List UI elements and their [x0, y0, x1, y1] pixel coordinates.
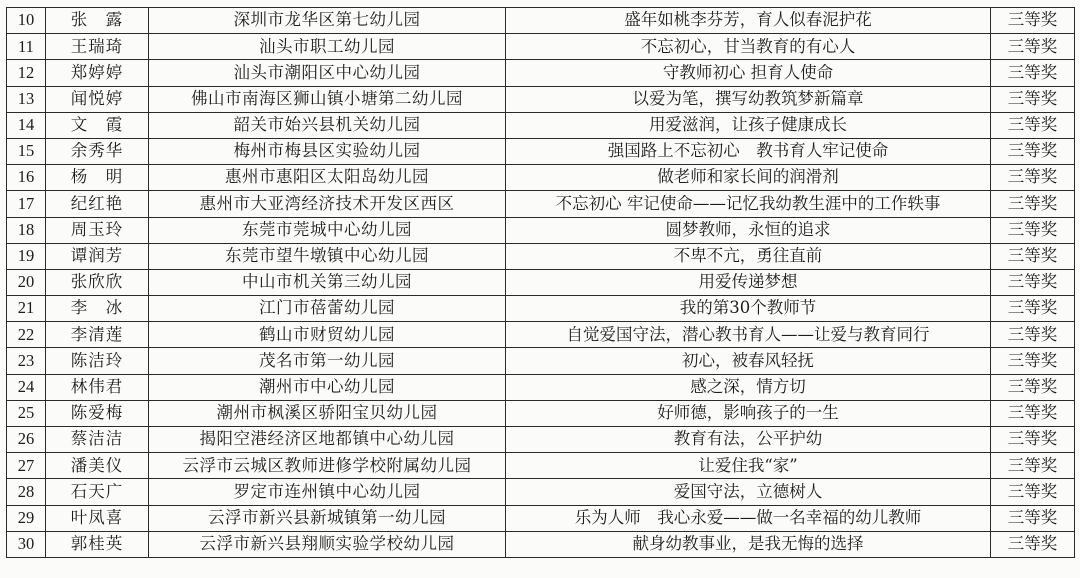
table-row: 21李 冰江门市蓓蕾幼儿园我的第30个教师节三等奖	[7, 296, 1075, 322]
award-level: 三等奖	[991, 112, 1075, 138]
kindergarten-unit: 韶关市始兴县机关幼儿园	[149, 112, 506, 138]
row-number: 25	[7, 400, 46, 426]
teacher-name: 郭桂英	[46, 531, 149, 557]
document-page: 10张 露深圳市龙华区第七幼儿园盛年如桃李芬芳，育人似春泥护花三等奖 11王瑞琦…	[6, 7, 1074, 558]
essay-title: 初心，被春风轻抚	[506, 348, 991, 374]
table-row: 28石天广罗定市连州镇中心幼儿园爱国守法，立德树人三等奖	[7, 479, 1075, 505]
teacher-name: 石天广	[46, 479, 149, 505]
row-number: 18	[7, 217, 46, 243]
teacher-name: 文 霞	[46, 112, 149, 138]
award-level: 三等奖	[991, 165, 1075, 191]
award-level: 三等奖	[991, 400, 1075, 426]
row-number: 16	[7, 165, 46, 191]
kindergarten-unit: 云浮市新兴县新城镇第一幼儿园	[149, 505, 506, 531]
row-number: 20	[7, 269, 46, 295]
kindergarten-unit: 佛山市南海区狮山镇小塘第二幼儿园	[149, 86, 506, 112]
award-level: 三等奖	[991, 243, 1075, 269]
row-number: 30	[7, 531, 46, 557]
essay-title: 自觉爱国守法，潜心教书育人——让爱与教育同行	[506, 322, 991, 348]
award-level: 三等奖	[991, 34, 1075, 60]
kindergarten-unit: 汕头市潮阳区中心幼儿园	[149, 60, 506, 86]
essay-title: 强国路上不忘初心 教书育人牢记使命	[506, 138, 991, 164]
table-row: 30郭桂英云浮市新兴县翔顺实验学校幼儿园献身幼教事业，是我无悔的选择三等奖	[7, 531, 1075, 557]
teacher-name: 郑婷婷	[46, 60, 149, 86]
award-level: 三等奖	[991, 60, 1075, 86]
table-row: 25陈爱梅潮州市枫溪区骄阳宝贝幼儿园好师德，影响孩子的一生三等奖	[7, 400, 1075, 426]
row-number: 29	[7, 505, 46, 531]
award-level: 三等奖	[991, 348, 1075, 374]
kindergarten-unit: 中山市机关第三幼儿园	[149, 269, 506, 295]
award-level: 三等奖	[991, 217, 1075, 243]
kindergarten-unit: 梅州市梅县区实验幼儿园	[149, 138, 506, 164]
teacher-name: 李清莲	[46, 322, 149, 348]
row-number: 10	[7, 8, 46, 34]
kindergarten-unit: 茂名市第一幼儿园	[149, 348, 506, 374]
teacher-name: 杨 明	[46, 165, 149, 191]
row-number: 19	[7, 243, 46, 269]
kindergarten-unit: 罗定市连州镇中心幼儿园	[149, 479, 506, 505]
row-number: 12	[7, 60, 46, 86]
row-number: 24	[7, 374, 46, 400]
kindergarten-unit: 江门市蓓蕾幼儿园	[149, 296, 506, 322]
table-row: 18周玉玲东莞市莞城中心幼儿园圆梦教师，永恒的追求三等奖	[7, 217, 1075, 243]
essay-title: 用爱滋润，让孩子健康成长	[506, 112, 991, 138]
essay-title: 爱国守法，立德树人	[506, 479, 991, 505]
teacher-name: 王瑞琦	[46, 34, 149, 60]
kindergarten-unit: 东莞市望牛墩镇中心幼儿园	[149, 243, 506, 269]
table-row: 11王瑞琦汕头市职工幼儿园不忘初心，甘当教育的有心人三等奖	[7, 34, 1075, 60]
kindergarten-unit: 惠州市惠阳区太阳岛幼儿园	[149, 165, 506, 191]
row-number: 21	[7, 296, 46, 322]
teacher-name: 谭润芳	[46, 243, 149, 269]
table-row: 12郑婷婷汕头市潮阳区中心幼儿园守教师初心 担育人使命三等奖	[7, 60, 1075, 86]
table-row: 26蔡洁洁揭阳空港经济区地都镇中心幼儿园教育有法，公平护幼三等奖	[7, 427, 1075, 453]
row-number: 13	[7, 86, 46, 112]
kindergarten-unit: 惠州市大亚湾经济技术开发区西区	[149, 191, 506, 217]
teacher-name: 周玉玲	[46, 217, 149, 243]
table-row: 20张欣欣中山市机关第三幼儿园用爱传递梦想三等奖	[7, 269, 1075, 295]
award-level: 三等奖	[991, 269, 1075, 295]
table-row: 27潘美仪云浮市云城区教师进修学校附属幼儿园让爱住我“家”三等奖	[7, 453, 1075, 479]
table-row: 16杨 明惠州市惠阳区太阳岛幼儿园做老师和家长间的润滑剂三等奖	[7, 165, 1075, 191]
award-level: 三等奖	[991, 296, 1075, 322]
kindergarten-unit: 云浮市云城区教师进修学校附属幼儿园	[149, 453, 506, 479]
essay-title: 让爱住我“家”	[506, 453, 991, 479]
kindergarten-unit: 潮州市中心幼儿园	[149, 374, 506, 400]
kindergarten-unit: 鹤山市财贸幼儿园	[149, 322, 506, 348]
award-level: 三等奖	[991, 531, 1075, 557]
teacher-name: 张 露	[46, 8, 149, 34]
kindergarten-unit: 揭阳空港经济区地都镇中心幼儿园	[149, 427, 506, 453]
table-row: 19谭润芳东莞市望牛墩镇中心幼儿园不卑不亢，勇往直前三等奖	[7, 243, 1075, 269]
row-number: 14	[7, 112, 46, 138]
award-level: 三等奖	[991, 322, 1075, 348]
essay-title: 好师德，影响孩子的一生	[506, 400, 991, 426]
teacher-name: 李 冰	[46, 296, 149, 322]
table-row: 24林伟君潮州市中心幼儿园感之深，情方切三等奖	[7, 374, 1075, 400]
table-row: 17纪红艳惠州市大亚湾经济技术开发区西区不忘初心 牢记使命——记忆我幼教生涯中的…	[7, 191, 1075, 217]
kindergarten-unit: 东莞市莞城中心幼儿园	[149, 217, 506, 243]
award-level: 三等奖	[991, 479, 1075, 505]
essay-title: 做老师和家长间的润滑剂	[506, 165, 991, 191]
essay-title: 不卑不亢，勇往直前	[506, 243, 991, 269]
teacher-name: 纪红艳	[46, 191, 149, 217]
essay-title: 乐为人师 我心永爱——做一名幸福的幼儿教师	[506, 505, 991, 531]
kindergarten-unit: 潮州市枫溪区骄阳宝贝幼儿园	[149, 400, 506, 426]
teacher-name: 余秀华	[46, 138, 149, 164]
row-number: 23	[7, 348, 46, 374]
row-number: 11	[7, 34, 46, 60]
row-number: 28	[7, 479, 46, 505]
table-row: 10张 露深圳市龙华区第七幼儿园盛年如桃李芬芳，育人似春泥护花三等奖	[7, 8, 1075, 34]
award-level: 三等奖	[991, 86, 1075, 112]
teacher-name: 陈爱梅	[46, 400, 149, 426]
award-level: 三等奖	[991, 505, 1075, 531]
teacher-name: 蔡洁洁	[46, 427, 149, 453]
teacher-name: 潘美仪	[46, 453, 149, 479]
essay-title: 献身幼教事业，是我无悔的选择	[506, 531, 991, 557]
teacher-name: 林伟君	[46, 374, 149, 400]
essay-title: 教育有法，公平护幼	[506, 427, 991, 453]
kindergarten-unit: 深圳市龙华区第七幼儿园	[149, 8, 506, 34]
kindergarten-unit: 汕头市职工幼儿园	[149, 34, 506, 60]
row-number: 26	[7, 427, 46, 453]
essay-title: 我的第30个教师节	[506, 296, 991, 322]
table-row: 22李清莲鹤山市财贸幼儿园自觉爱国守法，潜心教书育人——让爱与教育同行三等奖	[7, 322, 1075, 348]
teacher-name: 陈洁玲	[46, 348, 149, 374]
award-level: 三等奖	[991, 374, 1075, 400]
row-number: 17	[7, 191, 46, 217]
award-level: 三等奖	[991, 191, 1075, 217]
kindergarten-unit: 云浮市新兴县翔顺实验学校幼儿园	[149, 531, 506, 557]
award-level: 三等奖	[991, 427, 1075, 453]
row-number: 27	[7, 453, 46, 479]
table-row: 13闻悦婷佛山市南海区狮山镇小塘第二幼儿园以爱为笔，撰写幼教筑梦新篇章三等奖	[7, 86, 1075, 112]
essay-title: 以爱为笔，撰写幼教筑梦新篇章	[506, 86, 991, 112]
essay-title: 守教师初心 担育人使命	[506, 60, 991, 86]
award-table-body: 10张 露深圳市龙华区第七幼儿园盛年如桃李芬芳，育人似春泥护花三等奖 11王瑞琦…	[7, 8, 1075, 558]
table-row: 29叶凤喜云浮市新兴县新城镇第一幼儿园乐为人师 我心永爱——做一名幸福的幼儿教师…	[7, 505, 1075, 531]
essay-title: 盛年如桃李芬芳，育人似春泥护花	[506, 8, 991, 34]
essay-title: 圆梦教师，永恒的追求	[506, 217, 991, 243]
row-number: 22	[7, 322, 46, 348]
row-number: 15	[7, 138, 46, 164]
teacher-name: 叶凤喜	[46, 505, 149, 531]
award-results-table: 10张 露深圳市龙华区第七幼儿园盛年如桃李芬芳，育人似春泥护花三等奖 11王瑞琦…	[6, 7, 1075, 558]
award-level: 三等奖	[991, 8, 1075, 34]
award-level: 三等奖	[991, 453, 1075, 479]
teacher-name: 闻悦婷	[46, 86, 149, 112]
teacher-name: 张欣欣	[46, 269, 149, 295]
award-level: 三等奖	[991, 138, 1075, 164]
table-row: 14文 霞韶关市始兴县机关幼儿园用爱滋润，让孩子健康成长三等奖	[7, 112, 1075, 138]
table-row: 23陈洁玲茂名市第一幼儿园初心，被春风轻抚三等奖	[7, 348, 1075, 374]
essay-title: 感之深，情方切	[506, 374, 991, 400]
essay-title: 不忘初心，甘当教育的有心人	[506, 34, 991, 60]
essay-title: 不忘初心 牢记使命——记忆我幼教生涯中的工作轶事	[506, 191, 991, 217]
table-row: 15余秀华梅州市梅县区实验幼儿园强国路上不忘初心 教书育人牢记使命三等奖	[7, 138, 1075, 164]
essay-title: 用爱传递梦想	[506, 269, 991, 295]
